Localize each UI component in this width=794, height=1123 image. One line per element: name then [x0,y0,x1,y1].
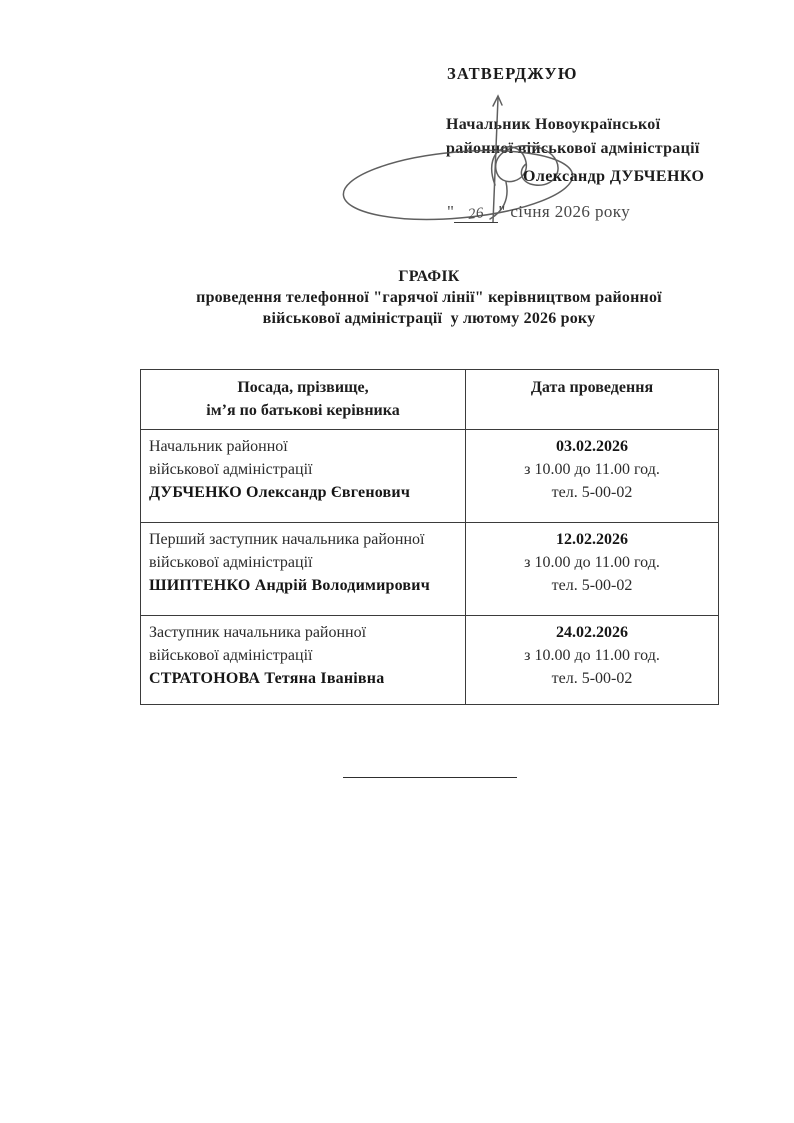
hotline-time: з 10.00 до 11.00 год. [474,644,710,667]
position-line1: Начальник районної [149,435,457,458]
title-line1: ГРАФІК [140,266,718,287]
hotline-time: з 10.00 до 11.00 год. [474,551,710,574]
person-name: СТРАТОНОВА Тетяна Іванівна [149,667,457,690]
date-open-quote: " [447,202,454,221]
position-line2: військової адміністрації [149,644,457,667]
cell-position: Перший заступник начальника районної вій… [141,523,466,616]
table-row: Перший заступник начальника районної вій… [141,523,719,616]
hotline-date: 03.02.2026 [474,435,710,458]
header-position-line1: Посада, прізвище, [149,376,457,399]
approval-date-line: "26" січня 2026 року [447,202,630,223]
handwritten-day-underline: 26 [454,202,498,223]
person-name: ДУБЧЕНКО Олександр Євгенович [149,481,457,504]
cell-date: 24.02.2026 з 10.00 до 11.00 год. тел. 5-… [466,616,719,705]
header-position-line2: ім’я по батькові керівника [149,399,457,422]
document-title: ГРАФІК проведення телефонної "гарячої лі… [140,266,718,329]
position-line1: Заступник начальника районної [149,621,457,644]
approver-title-line1: Начальник Новоукраїнської [446,113,700,137]
approver-title-line2: районної військової адміністрації [446,137,700,161]
scanned-document-page: ЗАТВЕРДЖУЮ Начальник Новоукраїнської рай… [0,0,794,1123]
handwritten-day: 26 [468,205,486,224]
approval-stamp-label: ЗАТВЕРДЖУЮ [447,64,578,84]
header-date-label: Дата проведення [474,376,710,399]
title-line3: військової адміністрації у лютому 2026 р… [140,308,718,329]
cell-date: 03.02.2026 з 10.00 до 11.00 год. тел. 5-… [466,430,719,523]
date-close-quote: " [498,202,505,221]
hotline-phone: тел. 5-00-02 [474,574,710,597]
hotline-date: 12.02.2026 [474,528,710,551]
position-line2: військової адміністрації [149,551,457,574]
cell-date: 12.02.2026 з 10.00 до 11.00 год. тел. 5-… [466,523,719,616]
hotline-phone: тел. 5-00-02 [474,481,710,504]
header-cell-position: Посада, прізвище, ім’я по батькові керів… [141,370,466,430]
hotline-phone: тел. 5-00-02 [474,667,710,690]
table-header-row: Посада, прізвище, ім’я по батькові керів… [141,370,719,430]
cell-position: Начальник районної військової адміністра… [141,430,466,523]
blank-signature-line [343,777,517,778]
title-line2: проведення телефонної "гарячої лінії" ке… [140,287,718,308]
table-row: Заступник начальника районної військової… [141,616,719,705]
approver-title: Начальник Новоукраїнської районної війсь… [446,113,700,161]
schedule-table: Посада, прізвище, ім’я по батькові керів… [140,369,719,705]
header-cell-date: Дата проведення [466,370,719,430]
approver-name: Олександр ДУБЧЕНКО [523,168,704,186]
table-row: Начальник районної військової адміністра… [141,430,719,523]
hotline-time: з 10.00 до 11.00 год. [474,458,710,481]
cell-position: Заступник начальника районної військової… [141,616,466,705]
date-text: січня 2026 року [506,202,630,221]
position-line1: Перший заступник начальника районної [149,528,457,551]
position-line2: військової адміністрації [149,458,457,481]
person-name: ШИПТЕНКО Андрій Володимирович [149,574,457,597]
hotline-date: 24.02.2026 [474,621,710,644]
